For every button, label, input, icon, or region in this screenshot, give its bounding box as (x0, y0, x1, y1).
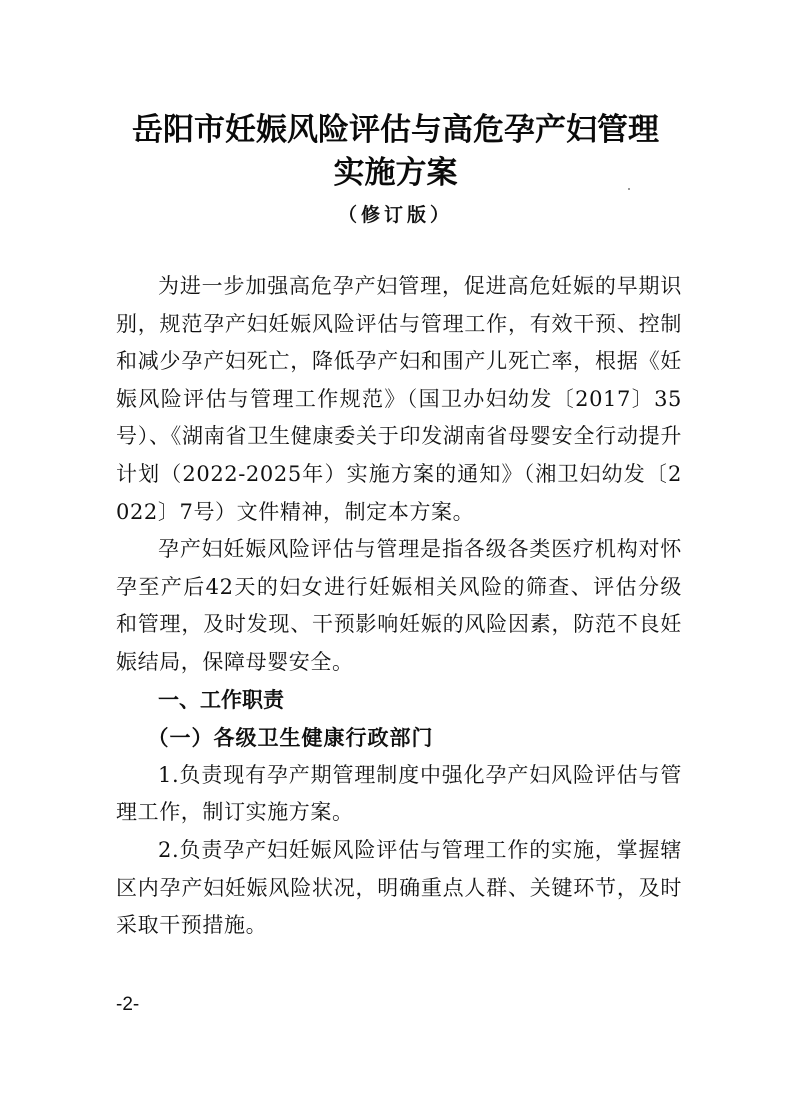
document-title-line-2: 实施方案 (0, 153, 791, 193)
document-page: 岳阳市妊娠风险评估与高危孕产妇管理 实施方案 （修订版） 为进一步加强高危孕产妇… (0, 0, 791, 1118)
duty-item-2: 2.负责孕产妇妊娠风险评估与管理工作的实施，掌握辖区内孕产妇妊娠风险状况，明确重… (116, 832, 682, 945)
document-body: 为进一步加强高危孕产妇管理，促进高危妊娠的早期识别，规范孕产妇妊娠风险评估与管理… (116, 268, 682, 945)
subsection-heading-health-departments: （一）各级卫生健康行政部门 (116, 719, 682, 757)
document-subtitle: （修订版） (0, 200, 791, 230)
duty-item-1: 1.负责现有孕产期管理制度中强化孕产妇风险评估与管理工作，制订实施方案。 (116, 757, 682, 832)
scan-artifact (628, 188, 630, 190)
section-heading-work-duties: 一、工作职责 (116, 682, 682, 720)
page-number: -2- (116, 993, 139, 1017)
document-title-line-1: 岳阳市妊娠风险评估与高危孕产妇管理 (0, 110, 791, 150)
definition-paragraph: 孕产妇妊娠风险评估与管理是指各级各类医疗机构对怀孕至产后42天的妇女进行妊娠相关… (116, 531, 682, 681)
intro-paragraph: 为进一步加强高危孕产妇管理，促进高危妊娠的早期识别，规范孕产妇妊娠风险评估与管理… (116, 268, 682, 531)
